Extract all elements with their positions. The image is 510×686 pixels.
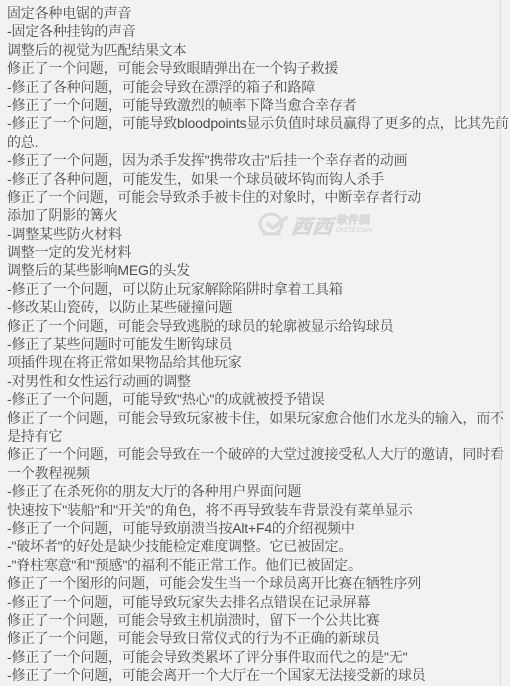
changelog-line: 一个教程视频 [7, 464, 510, 482]
changelog-line: -"破坏者"的好处是缺少技能检定难度调整。它已被固定。 [7, 537, 510, 555]
page: 固定各种电锯的声音-固定各种挂钩的声音调整后的视觉为匹配结果文本修正了一个问题，… [0, 0, 510, 686]
changelog-line: 修正了一个问题，可能会导致日常仪式的行为不正确的新球员 [7, 629, 510, 647]
changelog-line: 项插件现在将正常如果物品给其他玩家 [7, 353, 510, 371]
changelog-line: 的总. [7, 133, 510, 151]
changelog-line: -修正了一个问题，因为杀手发挥"携带攻击"后挂一个幸存者的动画 [7, 151, 510, 169]
changelog-line: -修正了在杀死你的朋友大厅的各种用户界面问题 [7, 482, 510, 500]
changelog-line: 调整后的某些影响MEG的头发 [7, 261, 510, 279]
changelog-line: -固定各种挂钩的声音 [7, 22, 510, 40]
changelog-line: -"脊柱寒意"和"预感"的福利不能正常工作。他们已被固定。 [7, 556, 510, 574]
changelog-text: 固定各种电锯的声音-固定各种挂钩的声音调整后的视觉为匹配结果文本修正了一个问题，… [0, 0, 510, 684]
changelog-line: 调整后的视觉为匹配结果文本 [7, 41, 510, 59]
changelog-line: 修正了一个问题，可能会导致在一个破碎的大堂过渡接受私人大厅的邀请，同时看 [7, 445, 510, 463]
content-edge-divider [500, 0, 501, 686]
changelog-line: -修改某山瓷砖，以防止某些碰撞问题 [7, 298, 510, 316]
changelog-line: -修正了一个问题，可能会导致类累坏了评分事件取而代之的是"无" [7, 648, 510, 666]
changelog-line: 是持有它 [7, 427, 510, 445]
changelog-line: 添加了阴影的篝火 [7, 206, 510, 224]
changelog-line: 快速按下"装船"和"开关"的角色，将不再导致装车背景没有菜单显示 [7, 501, 510, 519]
changelog-line: -修正了一个问题，可能导致玩家失去排名点错误在记录屏幕 [7, 593, 510, 611]
changelog-line: -修正了一个问题，可以防止玩家解除陷阱时拿着工具箱 [7, 280, 510, 298]
changelog-line: 修正了一个问题，可能会导致杀手被卡住的对象时，中断幸存者行动 [7, 188, 510, 206]
changelog-line: 修正了一个问题，可能会导致眼睛弹出在一个钩子救援 [7, 59, 510, 77]
changelog-line: 修正了一个问题，可能会导致逃脱的球员的轮廓被显示给钩球员 [7, 317, 510, 335]
changelog-line: 修正了一个问题，可能会导致主机崩溃时，留下一个公共比赛 [7, 611, 510, 629]
changelog-line: -修正了各种问题，可能会导致在漂浮的箱子和路障 [7, 78, 510, 96]
changelog-line: -修正了各种问题，可能发生，如果一个球员破坏钩而钩人杀手 [7, 170, 510, 188]
changelog-line: 调整一定的发光材料 [7, 243, 510, 261]
changelog-line: -修正了一个问题，可能会离开一个大厅在一个国家无法接受新的球员 [7, 666, 510, 684]
changelog-line: 修正了一个图形的问题，可能会发生当一个球员离开比赛在牺牲序列 [7, 574, 510, 592]
changelog-line: -调整某些防火材料 [7, 225, 510, 243]
changelog-line: -修正了一个问题，可能导致崩溃当按Alt+F4的介绍视频中 [7, 519, 510, 537]
changelog-line: -修正了某些问题时可能发生断钩球员 [7, 335, 510, 353]
changelog-line: 固定各种电锯的声音 [7, 4, 510, 22]
changelog-line: -修正了一个问题，可能导致"热心"的成就被授予错误 [7, 390, 510, 408]
changelog-line: -对男性和女性运行动画的调整 [7, 372, 510, 390]
changelog-line: 修正了一个问题，可能会导致玩家被卡住，如果玩家愈合他们水龙头的输入，而不 [7, 409, 510, 427]
changelog-line: -修正了一个问题，可能导致激烈的帧率下降当愈合幸存者 [7, 96, 510, 114]
changelog-line: -修正了一个问题，可能导致bloodpoints显示负值时球员赢得了更多的点，比… [7, 114, 510, 132]
